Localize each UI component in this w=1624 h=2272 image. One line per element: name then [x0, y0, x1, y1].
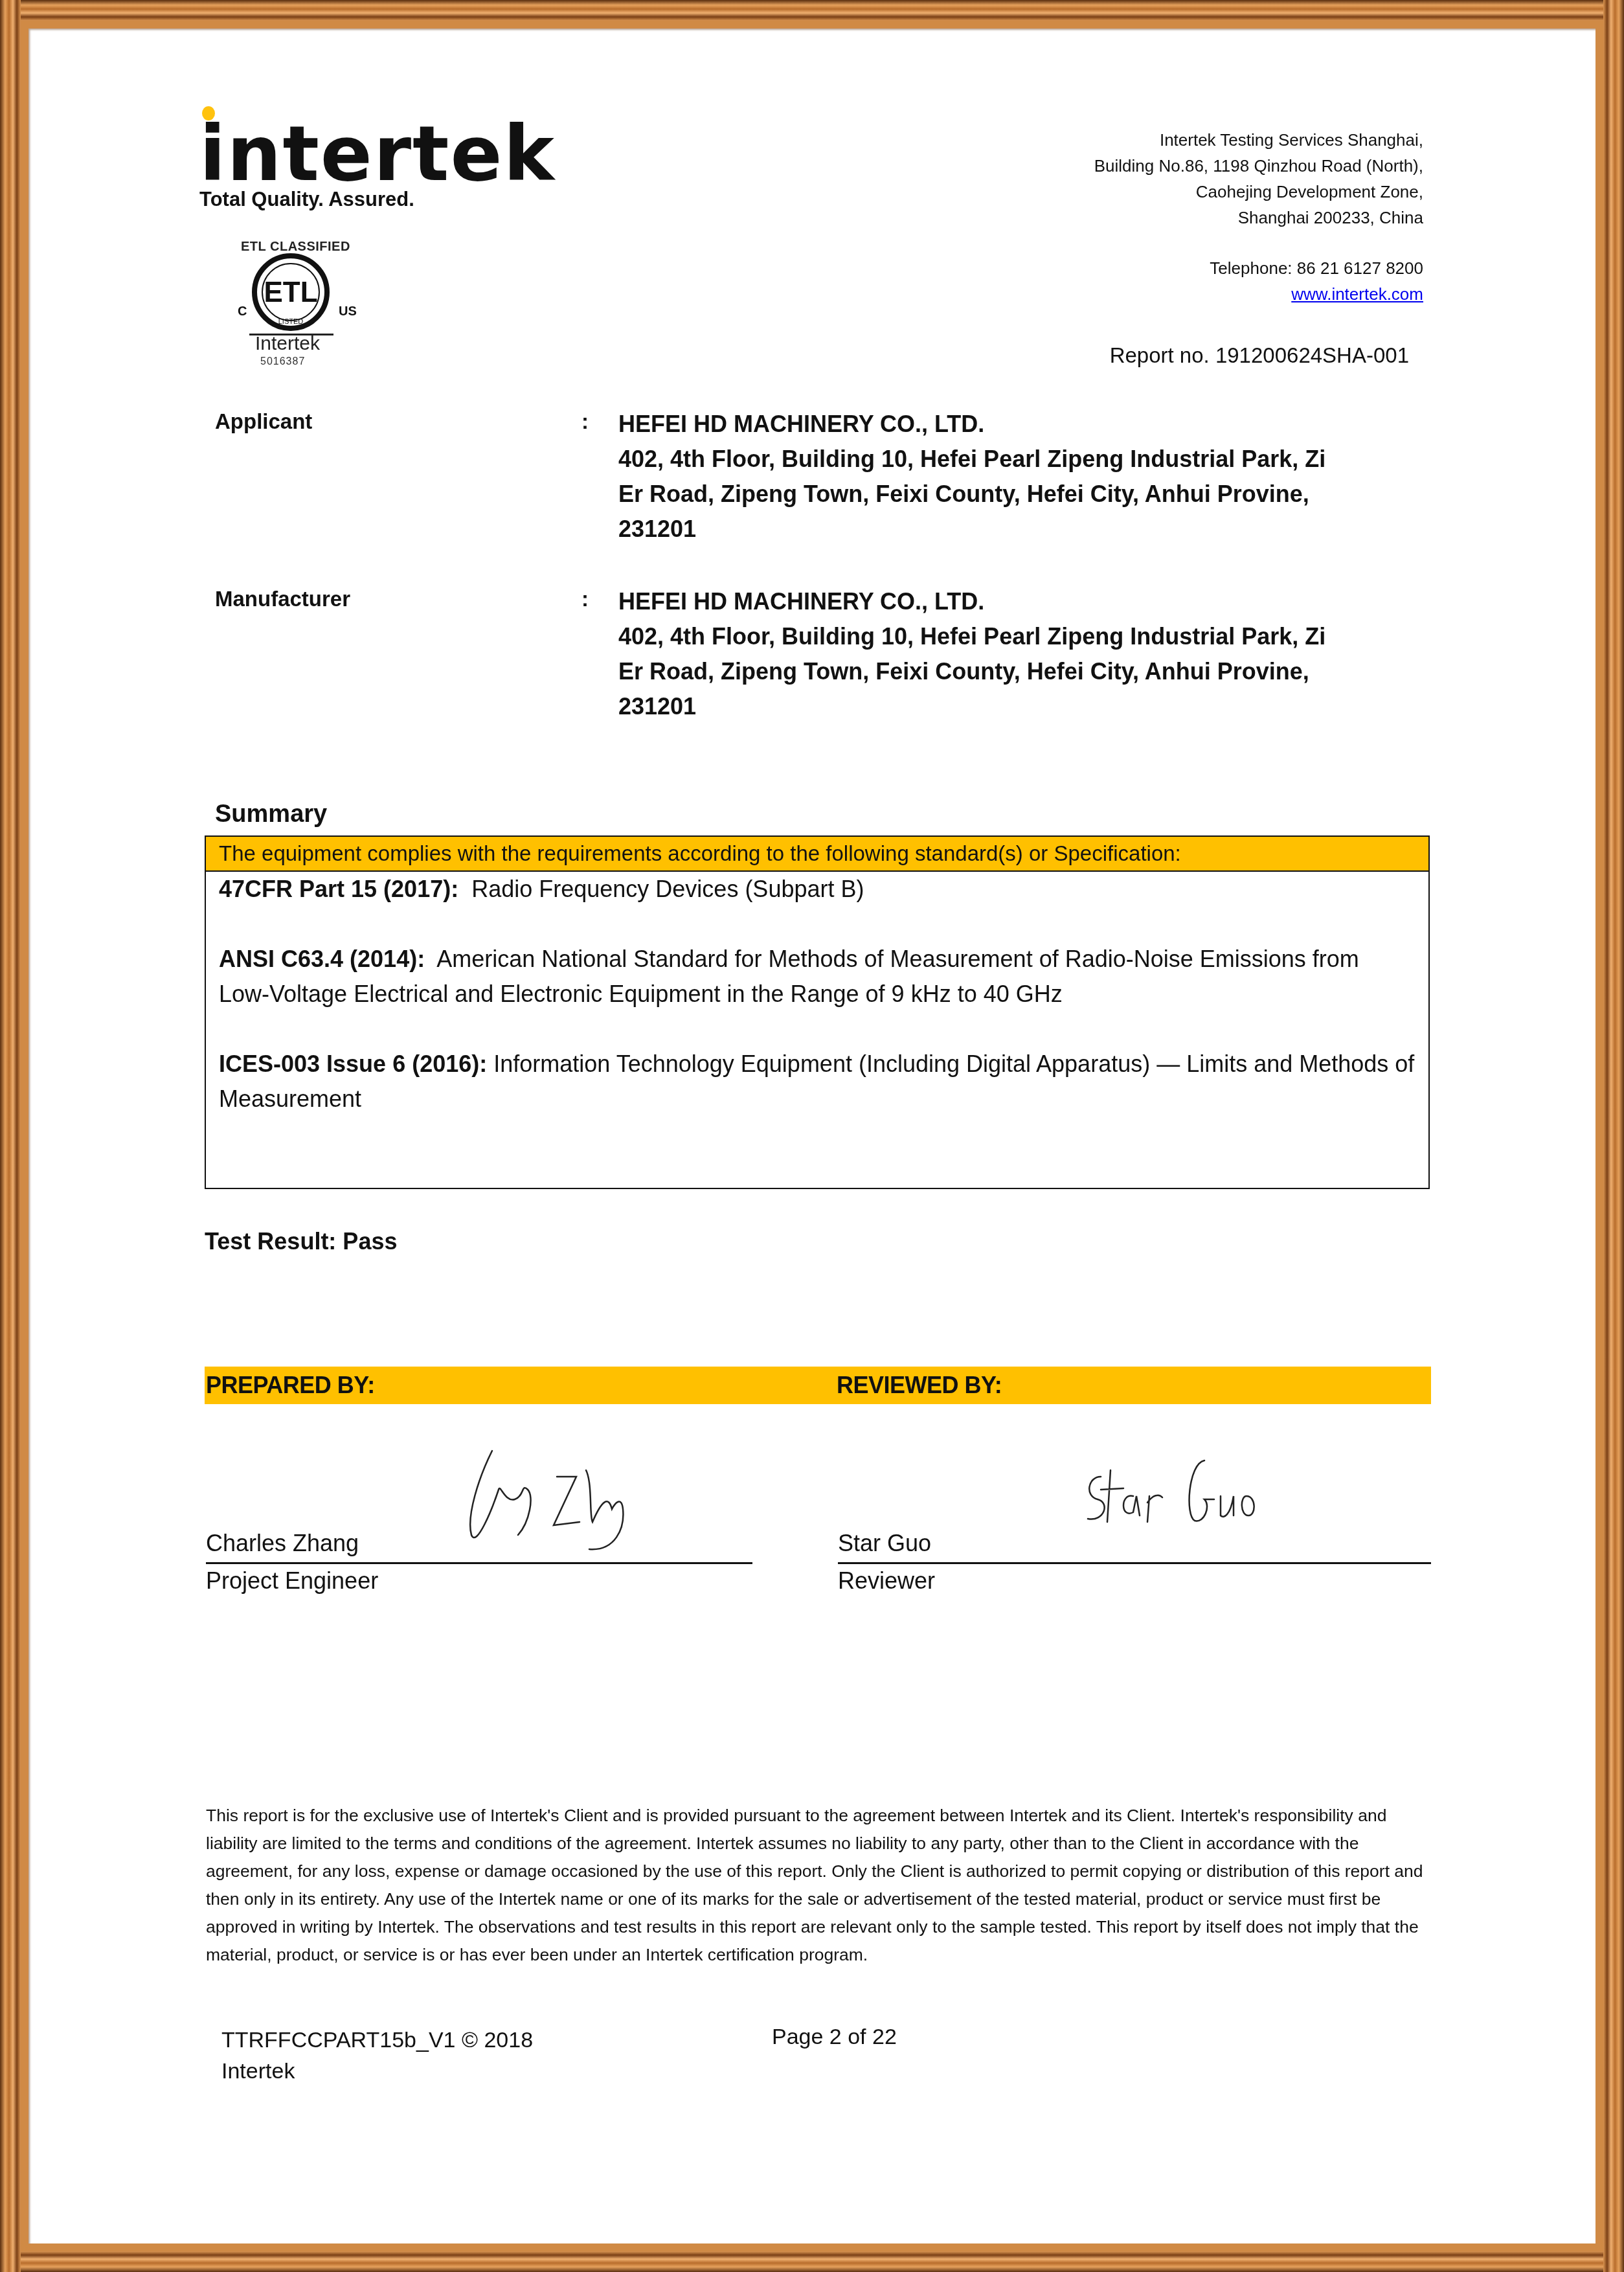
summary-header: The equipment complies with the requirem…: [206, 837, 1428, 872]
reviewed-by-name: Star Guo: [838, 1530, 931, 1557]
standard-code: ANSI C63.4 (2014):: [219, 946, 425, 972]
applicant-address-line: Er Road, Zipeng Town, Feixi County, Hefe…: [618, 477, 1434, 512]
applicant-address-line: 402, 4th Floor, Building 10, Hefei Pearl…: [618, 442, 1434, 477]
reviewed-by-role: Reviewer: [838, 1567, 935, 1595]
test-result: Test Result: Pass: [205, 1228, 397, 1255]
etl-c-label: C: [238, 304, 247, 319]
summary-title: Summary: [215, 801, 327, 828]
signature-header-bar: PREPARED BY: REVIEWED BY:: [205, 1367, 1431, 1404]
prepared-by-role: Project Engineer: [206, 1567, 378, 1595]
prepared-by-label: PREPARED BY:: [206, 1372, 375, 1399]
standard-item: ANSI C63.4 (2014): American National Sta…: [206, 942, 1428, 1012]
etl-brand: Intertek: [255, 333, 320, 355]
reviewed-by-label: REVIEWED BY:: [837, 1372, 1002, 1399]
disclaimer-text: This report is for the exclusive use of …: [206, 1802, 1436, 1969]
form-code: TTRFFCCPART15b_V1 © 2018: [221, 2025, 533, 2056]
logo-tagline: Total Quality. Assured.: [199, 188, 414, 211]
page-number: Page 2 of 22: [772, 2025, 897, 2050]
footer-form-info: TTRFFCCPART15b_V1 © 2018 Intertek: [221, 2025, 533, 2087]
prepared-signature-line: [206, 1562, 752, 1564]
standard-code: 47CFR Part 15 (2017):: [219, 876, 458, 902]
intertek-logo: intertek: [199, 115, 556, 192]
address-line: Building No.86, 1198 Qinzhou Road (North…: [1094, 153, 1423, 179]
website-link[interactable]: www.intertek.com: [1291, 284, 1423, 304]
summary-table: The equipment complies with the requirem…: [205, 835, 1430, 1189]
prepared-by-name: Charles Zhang: [206, 1530, 359, 1557]
manufacturer-address-line: 402, 4th Floor, Building 10, Hefei Pearl…: [618, 619, 1434, 654]
etl-us-label: US: [339, 304, 357, 319]
address-line: Caohejing Development Zone,: [1094, 179, 1423, 205]
applicant-label: Applicant: [215, 409, 312, 434]
manufacturer-label: Manufacturer: [215, 587, 350, 611]
manufacturer-name: HEFEI HD MACHINERY CO., LTD.: [618, 584, 1434, 619]
address-line: Shanghai 200233, China: [1094, 205, 1423, 231]
svg-text:ETL: ETL: [264, 277, 317, 308]
company-address: Intertek Testing Services Shanghai, Buil…: [1094, 127, 1423, 307]
manufacturer-address-line: Er Road, Zipeng Town, Feixi County, Hefe…: [618, 654, 1434, 689]
applicant-details: HEFEI HD MACHINERY CO., LTD. 402, 4th Fl…: [618, 407, 1434, 547]
address-line: Intertek Testing Services Shanghai,: [1094, 127, 1423, 153]
manufacturer-address-line: 231201: [618, 689, 1434, 724]
manufacturer-colon: :: [581, 587, 589, 611]
telephone: Telephone: 86 21 6127 8200: [1094, 255, 1423, 281]
standard-item: ICES-003 Issue 6 (2016): Information Tec…: [206, 1047, 1428, 1117]
report-number: Report no. 191200624SHA-001: [1110, 343, 1409, 368]
footer-company: Intertek: [221, 2056, 533, 2087]
applicant-colon: :: [581, 409, 589, 434]
reviewed-signature-line: [838, 1562, 1431, 1564]
standard-code: ICES-003 Issue 6 (2016):: [219, 1051, 487, 1077]
reviewed-signature-icon: [1075, 1451, 1282, 1541]
standard-item: 47CFR Part 15 (2017): Radio Frequency De…: [206, 872, 1428, 907]
prepared-signature-icon: [453, 1438, 686, 1554]
etl-number: 5016387: [260, 356, 305, 368]
manufacturer-details: HEFEI HD MACHINERY CO., LTD. 402, 4th Fl…: [618, 584, 1434, 724]
svg-text:LISTED: LISTED: [278, 318, 304, 326]
applicant-address-line: 231201: [618, 512, 1434, 547]
applicant-name: HEFEI HD MACHINERY CO., LTD.: [618, 407, 1434, 442]
standard-description: Radio Frequency Devices (Subpart B): [471, 876, 864, 902]
etl-listed-mark-icon: ETL LISTED: [250, 251, 332, 333]
